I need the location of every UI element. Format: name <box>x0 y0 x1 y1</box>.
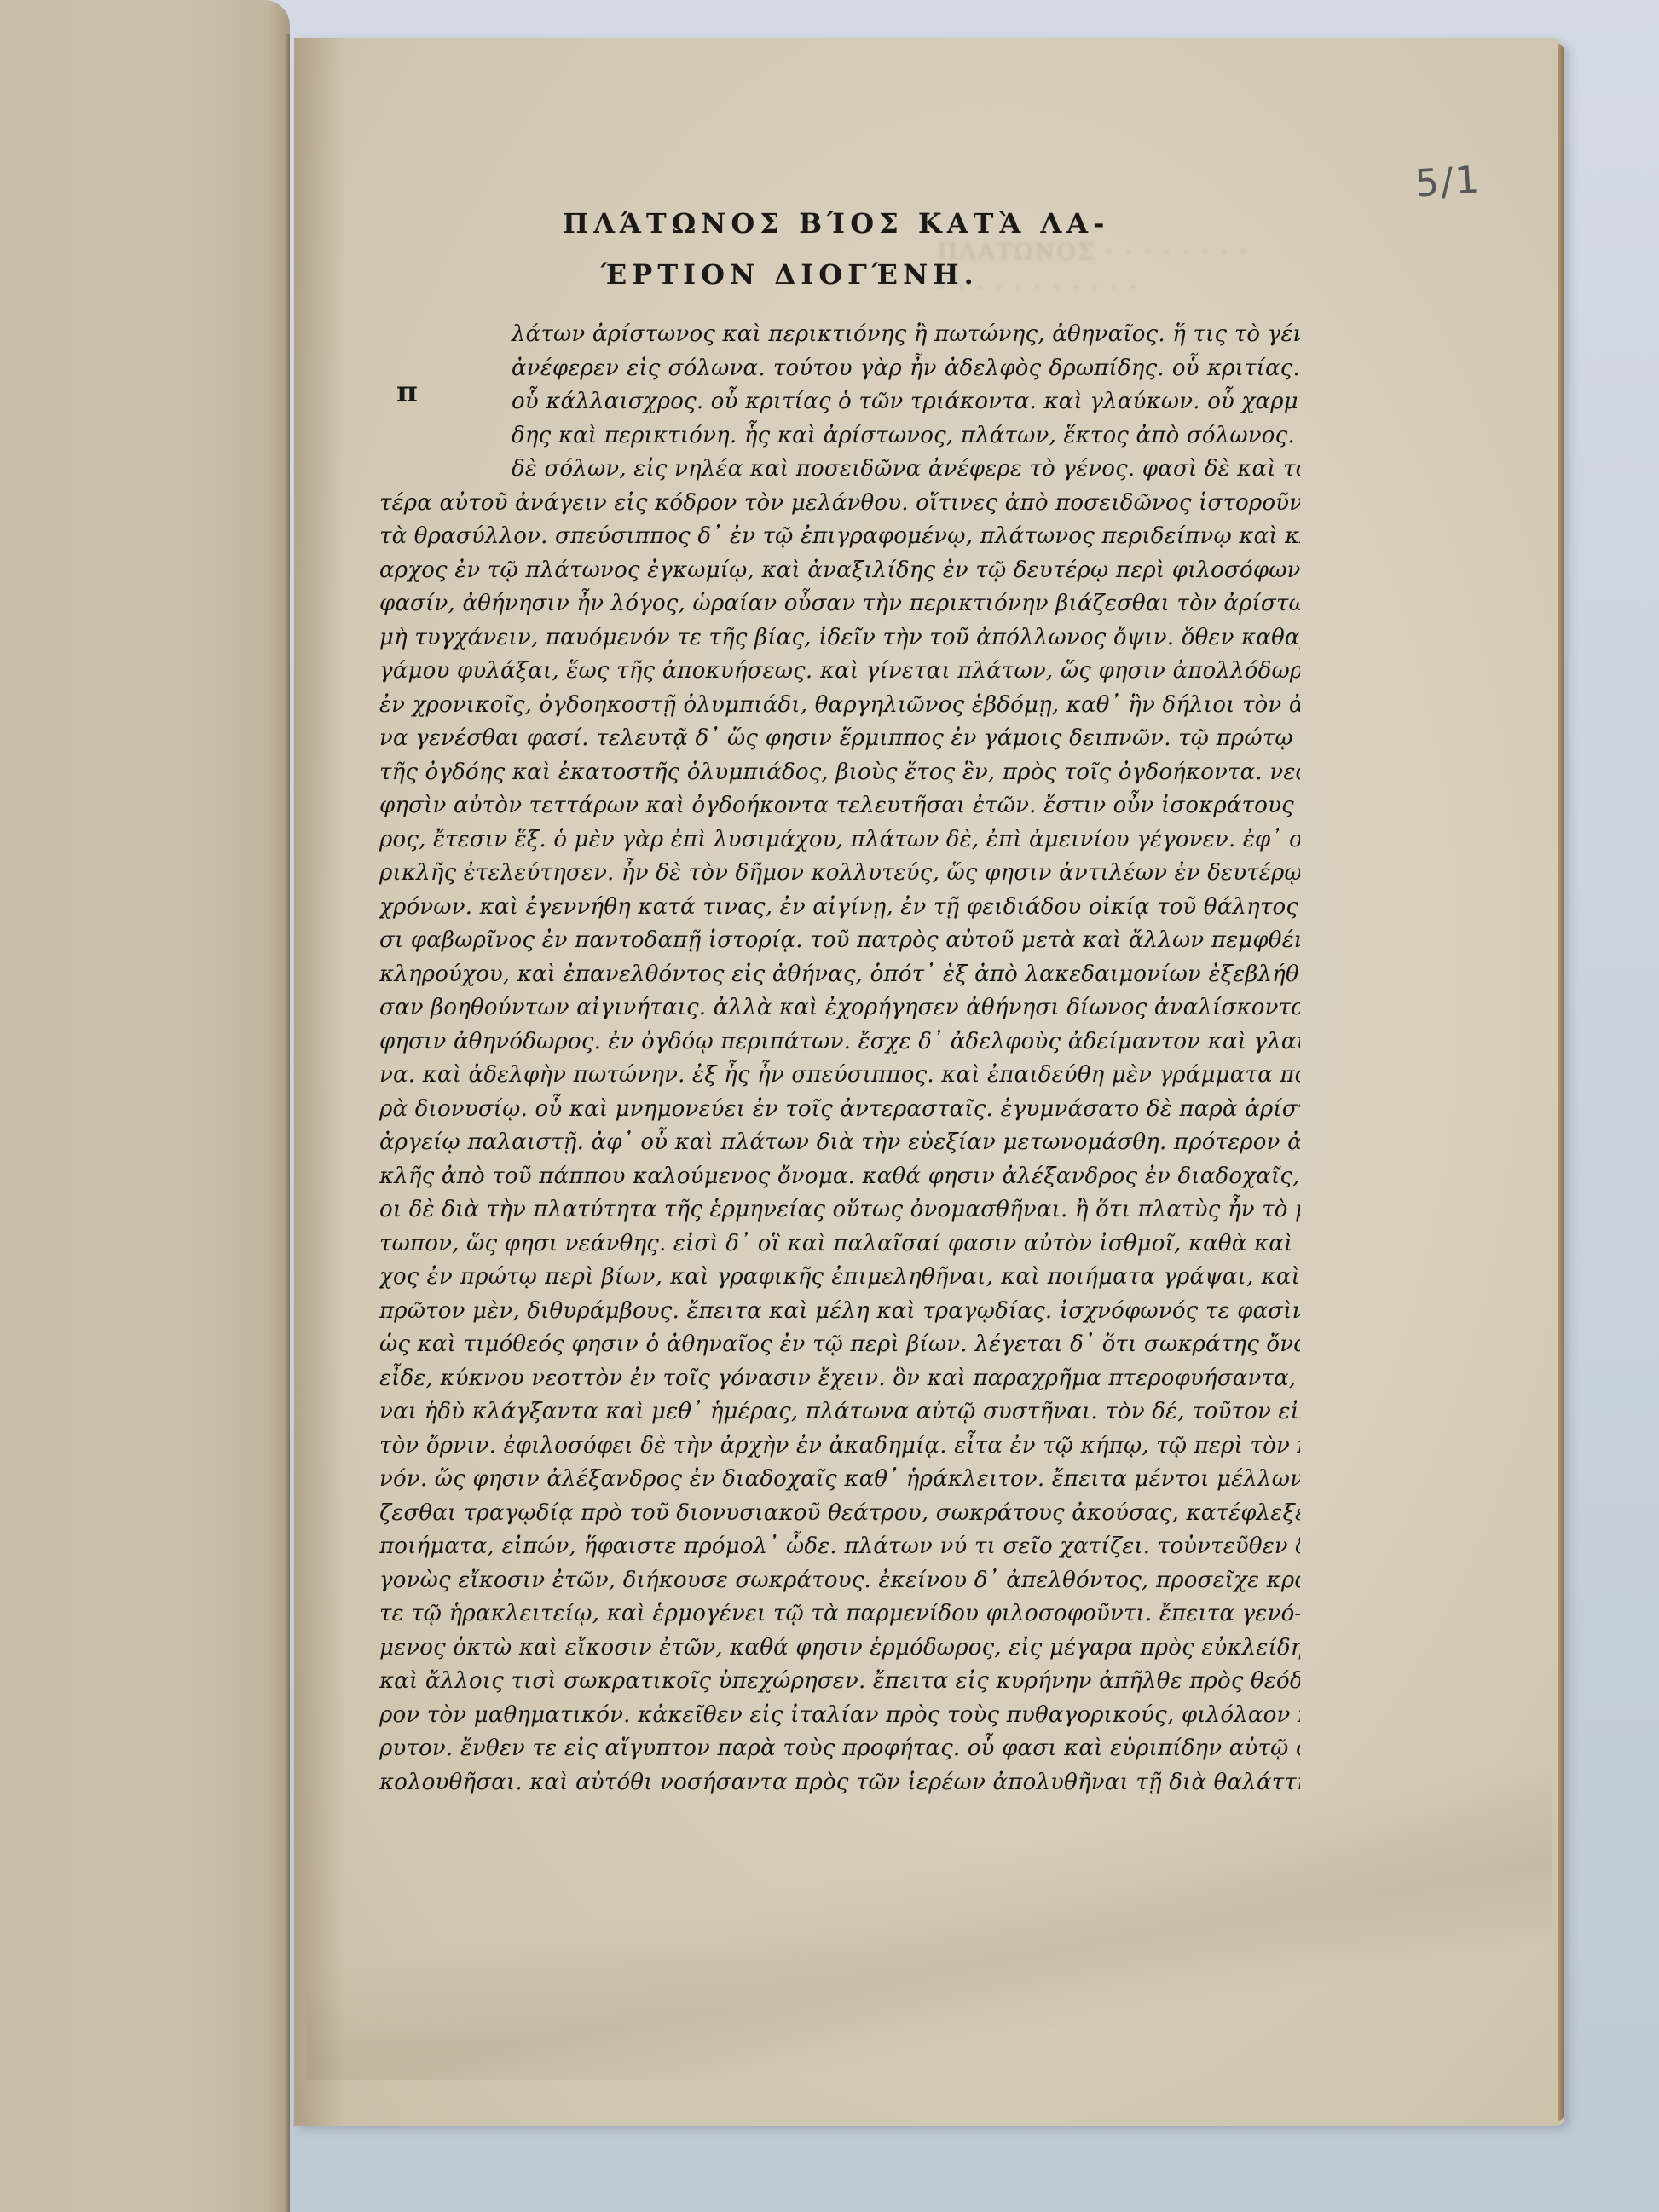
text-line: κλῆς ἀπὸ τοῦ πάππου καλούμενος ὄνομα. κα… <box>379 1160 1300 1194</box>
text-line: ρυτον. ἔνθεν τε εἰς αἴγυπτον παρὰ τοὺς π… <box>379 1732 1300 1766</box>
text-line: πρῶτον μὲν, διθυράμβους. ἔπειτα καὶ μέλη… <box>379 1295 1300 1329</box>
text-line: εἶδε, κύκνου νεοττὸν ἐν τοῖς γόνασιν ἔχε… <box>379 1362 1300 1396</box>
body-text: λάτων ἀρίστωνος καὶ περικτιόνης ἢ πωτώνη… <box>379 318 1300 1799</box>
text-line: τε τῷ ἡρακλειτείῳ, καὶ ἑρμογένει τῷ τὰ π… <box>379 1597 1300 1632</box>
text-line: καὶ ἄλλοις τισὶ σωκρατικοῖς ὑπεχώρησεν. … <box>379 1665 1300 1699</box>
text-line: χος ἐν πρώτῳ περὶ βίων, καὶ γραφικῆς ἐπι… <box>379 1261 1300 1295</box>
text-line: ρον τὸν μαθηματικόν. κἀκεῖθεν εἰς ἰταλία… <box>379 1699 1300 1733</box>
text-line: φησὶν αὐτὸν τεττάρων καὶ ὀγδοήκοντα τελε… <box>379 789 1300 823</box>
left-flyleaf <box>0 0 290 2212</box>
text-line: γάμου φυλάξαι, ἕως τῆς ἀποκυήσεως. καὶ γ… <box>379 655 1300 689</box>
text-line: γονὼς εἴκοσιν ἐτῶν, διήκουσε σωκράτους. … <box>379 1564 1300 1598</box>
text-line: τέρα αὐτοῦ ἀνάγειν εἰς κόδρον τὸν μελάνθ… <box>379 487 1300 521</box>
text-line: φασίν, ἀθήνησιν ἦν λόγος, ὡραίαν οὖσαν τ… <box>379 587 1300 621</box>
text-line: μὴ τυγχάνειν, παυόμενόν τε τῆς βίας, ἰδε… <box>379 621 1300 656</box>
text-line: ποιήματα, εἰπών, ἥφαιστε πρόμολ᾽ ὧδε. πλ… <box>379 1530 1300 1564</box>
text-line: οὗ κάλλαισχρος. οὗ κριτίας ὁ τῶν τριάκον… <box>379 385 1300 419</box>
text-line: μενος ὀκτὼ καὶ εἴκοσιν ἐτῶν, καθά φησιν … <box>379 1632 1300 1666</box>
text-line: σι φαβωρῖνος ἐν παντοδαπῇ ἱστορίᾳ. τοῦ π… <box>379 924 1300 958</box>
running-title: ΠΛΆΤΩΝΟΣ ΒΊΟΣ ΚΑΤᾺ ΛΑ- ΈΡΤΙΟΝ ΔΙΟΓΈΝΗ. <box>563 198 1159 300</box>
running-title-line-2: ΈΡΤΙΟΝ ΔΙΟΓΈΝΗ. <box>563 249 1159 300</box>
text-line: τὸν ὄρνιν. ἐφιλοσόφει δὲ τὴν ἀρχὴν ἐν ἀκ… <box>379 1429 1300 1464</box>
text-line: ρικλῆς ἐτελεύτησεν. ἦν δὲ τὸν δῆμον κολλ… <box>379 857 1300 891</box>
text-line: να. καὶ ἀδελφὴν πωτώνην. ἐξ ἧς ἦν σπεύσι… <box>379 1059 1300 1093</box>
text-line: τωπον, ὥς φησι νεάνθης. εἰσὶ δ᾽ οἳ καὶ π… <box>379 1227 1300 1262</box>
pencil-annotation: 5/1 <box>1413 158 1482 205</box>
text-line: να γενέσθαι φασί. τελευτᾷ δ᾽ ὥς φησιν ἕρ… <box>379 722 1300 756</box>
text-line: ἀνέφερεν εἰς σόλωνα. τούτου γὰρ ἦν ἀδελφ… <box>379 352 1300 386</box>
text-line: κληρούχου, καὶ ἐπανελθόντος εἰς ἀθήνας, … <box>379 958 1300 992</box>
text-line: δης καὶ περικτιόνη. ἧς καὶ ἀρίστωνος, πλ… <box>379 419 1300 453</box>
text-line: ζεσθαι τραγῳδίᾳ πρὸ τοῦ διονυσιακοῦ θεάτ… <box>379 1497 1300 1531</box>
text-line: ἐν χρονικοῖς, ὀγδοηκοστῇ ὀλυμπιάδι, θαργ… <box>379 689 1300 723</box>
text-line: χρόνων. καὶ ἐγεννήθη κατά τινας, ἐν αἰγί… <box>379 891 1300 925</box>
text-line: οι δὲ διὰ τὴν πλατύτητα τῆς ἑρμηνείας οὕ… <box>379 1193 1300 1227</box>
text-line: λάτων ἀρίστωνος καὶ περικτιόνης ἢ πωτώνη… <box>379 318 1300 352</box>
text-line: δὲ σόλων, εἰς νηλέα καὶ ποσειδῶνα ἀνέφερ… <box>379 453 1300 487</box>
text-line: κολουθῆσαι. καὶ αὐτόθι νοσήσαντα πρὸς τῶ… <box>379 1766 1300 1800</box>
left-leaf-edge <box>285 34 290 2212</box>
text-line: τῆς ὀγδόης καὶ ἑκατοστῆς ὀλυμπιάδος, βιο… <box>379 756 1300 790</box>
text-line: ρὰ διονυσίῳ. οὗ καὶ μνημονεύει ἐν τοῖς ἀ… <box>379 1093 1300 1127</box>
text-line: ὡς καὶ τιμόθεός φησιν ὁ ἀθηναῖος ἐν τῷ π… <box>379 1328 1300 1362</box>
running-title-line-1: ΠΛΆΤΩΝΟΣ ΒΊΟΣ ΚΑΤᾺ ΛΑ- <box>563 207 1109 240</box>
text-line: ἀργείῳ παλαιστῇ. ἀφ᾽ οὗ καὶ πλάτων διὰ τ… <box>379 1126 1300 1160</box>
text-line: νόν. ὥς φησιν ἀλέξανδρος ἐν διαδοχαῖς κα… <box>379 1463 1300 1497</box>
text-line: τὰ θρασύλλον. σπεύσιππος δ᾽ ἐν τῷ ἐπιγρα… <box>379 520 1300 554</box>
text-line: φησιν ἀθηνόδωρος. ἐν ὀγδόῳ περιπάτων. ἔσ… <box>379 1025 1300 1060</box>
text-line: αρχος ἐν τῷ πλάτωνος ἐγκωμίῳ, καὶ ἀναξιλ… <box>379 554 1300 588</box>
text-line: ρος, ἔτεσιν ἕξ. ὁ μὲν γὰρ ἐπὶ λυσιμάχου,… <box>379 823 1300 858</box>
text-line: ναι ἡδὺ κλάγξαντα καὶ μεθ᾽ ἡμέρας, πλάτω… <box>379 1395 1300 1429</box>
text-line: σαν βοηθούντων αἰγινήταις. ἀλλὰ καὶ ἐχορ… <box>379 991 1300 1025</box>
